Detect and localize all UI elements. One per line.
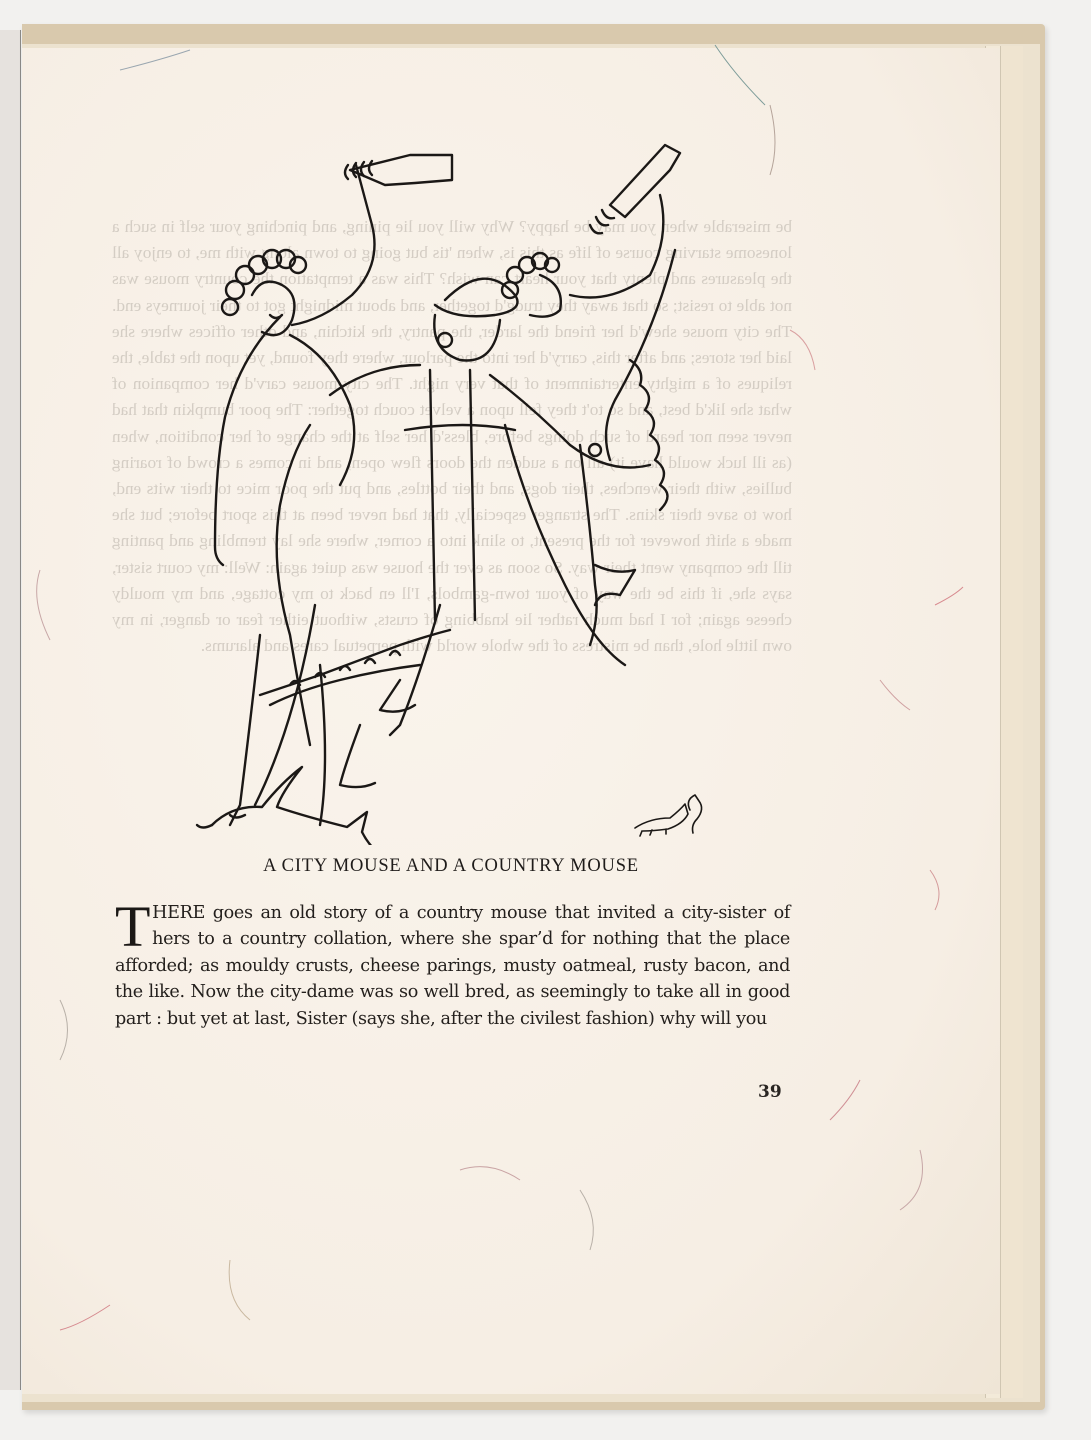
- mice-icon: [635, 795, 702, 836]
- woman-left-figure: [215, 165, 375, 745]
- bottle-icon: [590, 145, 680, 233]
- deckled-page-edge: [1000, 46, 1023, 1398]
- fable-body: T HERE goes an old story of a country mo…: [115, 900, 790, 1032]
- drop-cap: T: [115, 904, 150, 950]
- man-center-figure: [330, 279, 650, 735]
- fable-title: A CITY MOUSE AND A COUNTRY MOUSE: [112, 856, 790, 877]
- facing-page-edge: [0, 30, 21, 1390]
- woman-right-figure: [502, 195, 675, 645]
- page-number: 39: [758, 1082, 782, 1102]
- fable-paragraph: HERE goes an old story of a country mous…: [115, 900, 790, 1032]
- dancing-figures-illustration: [170, 125, 730, 845]
- dog-icon: [197, 665, 392, 845]
